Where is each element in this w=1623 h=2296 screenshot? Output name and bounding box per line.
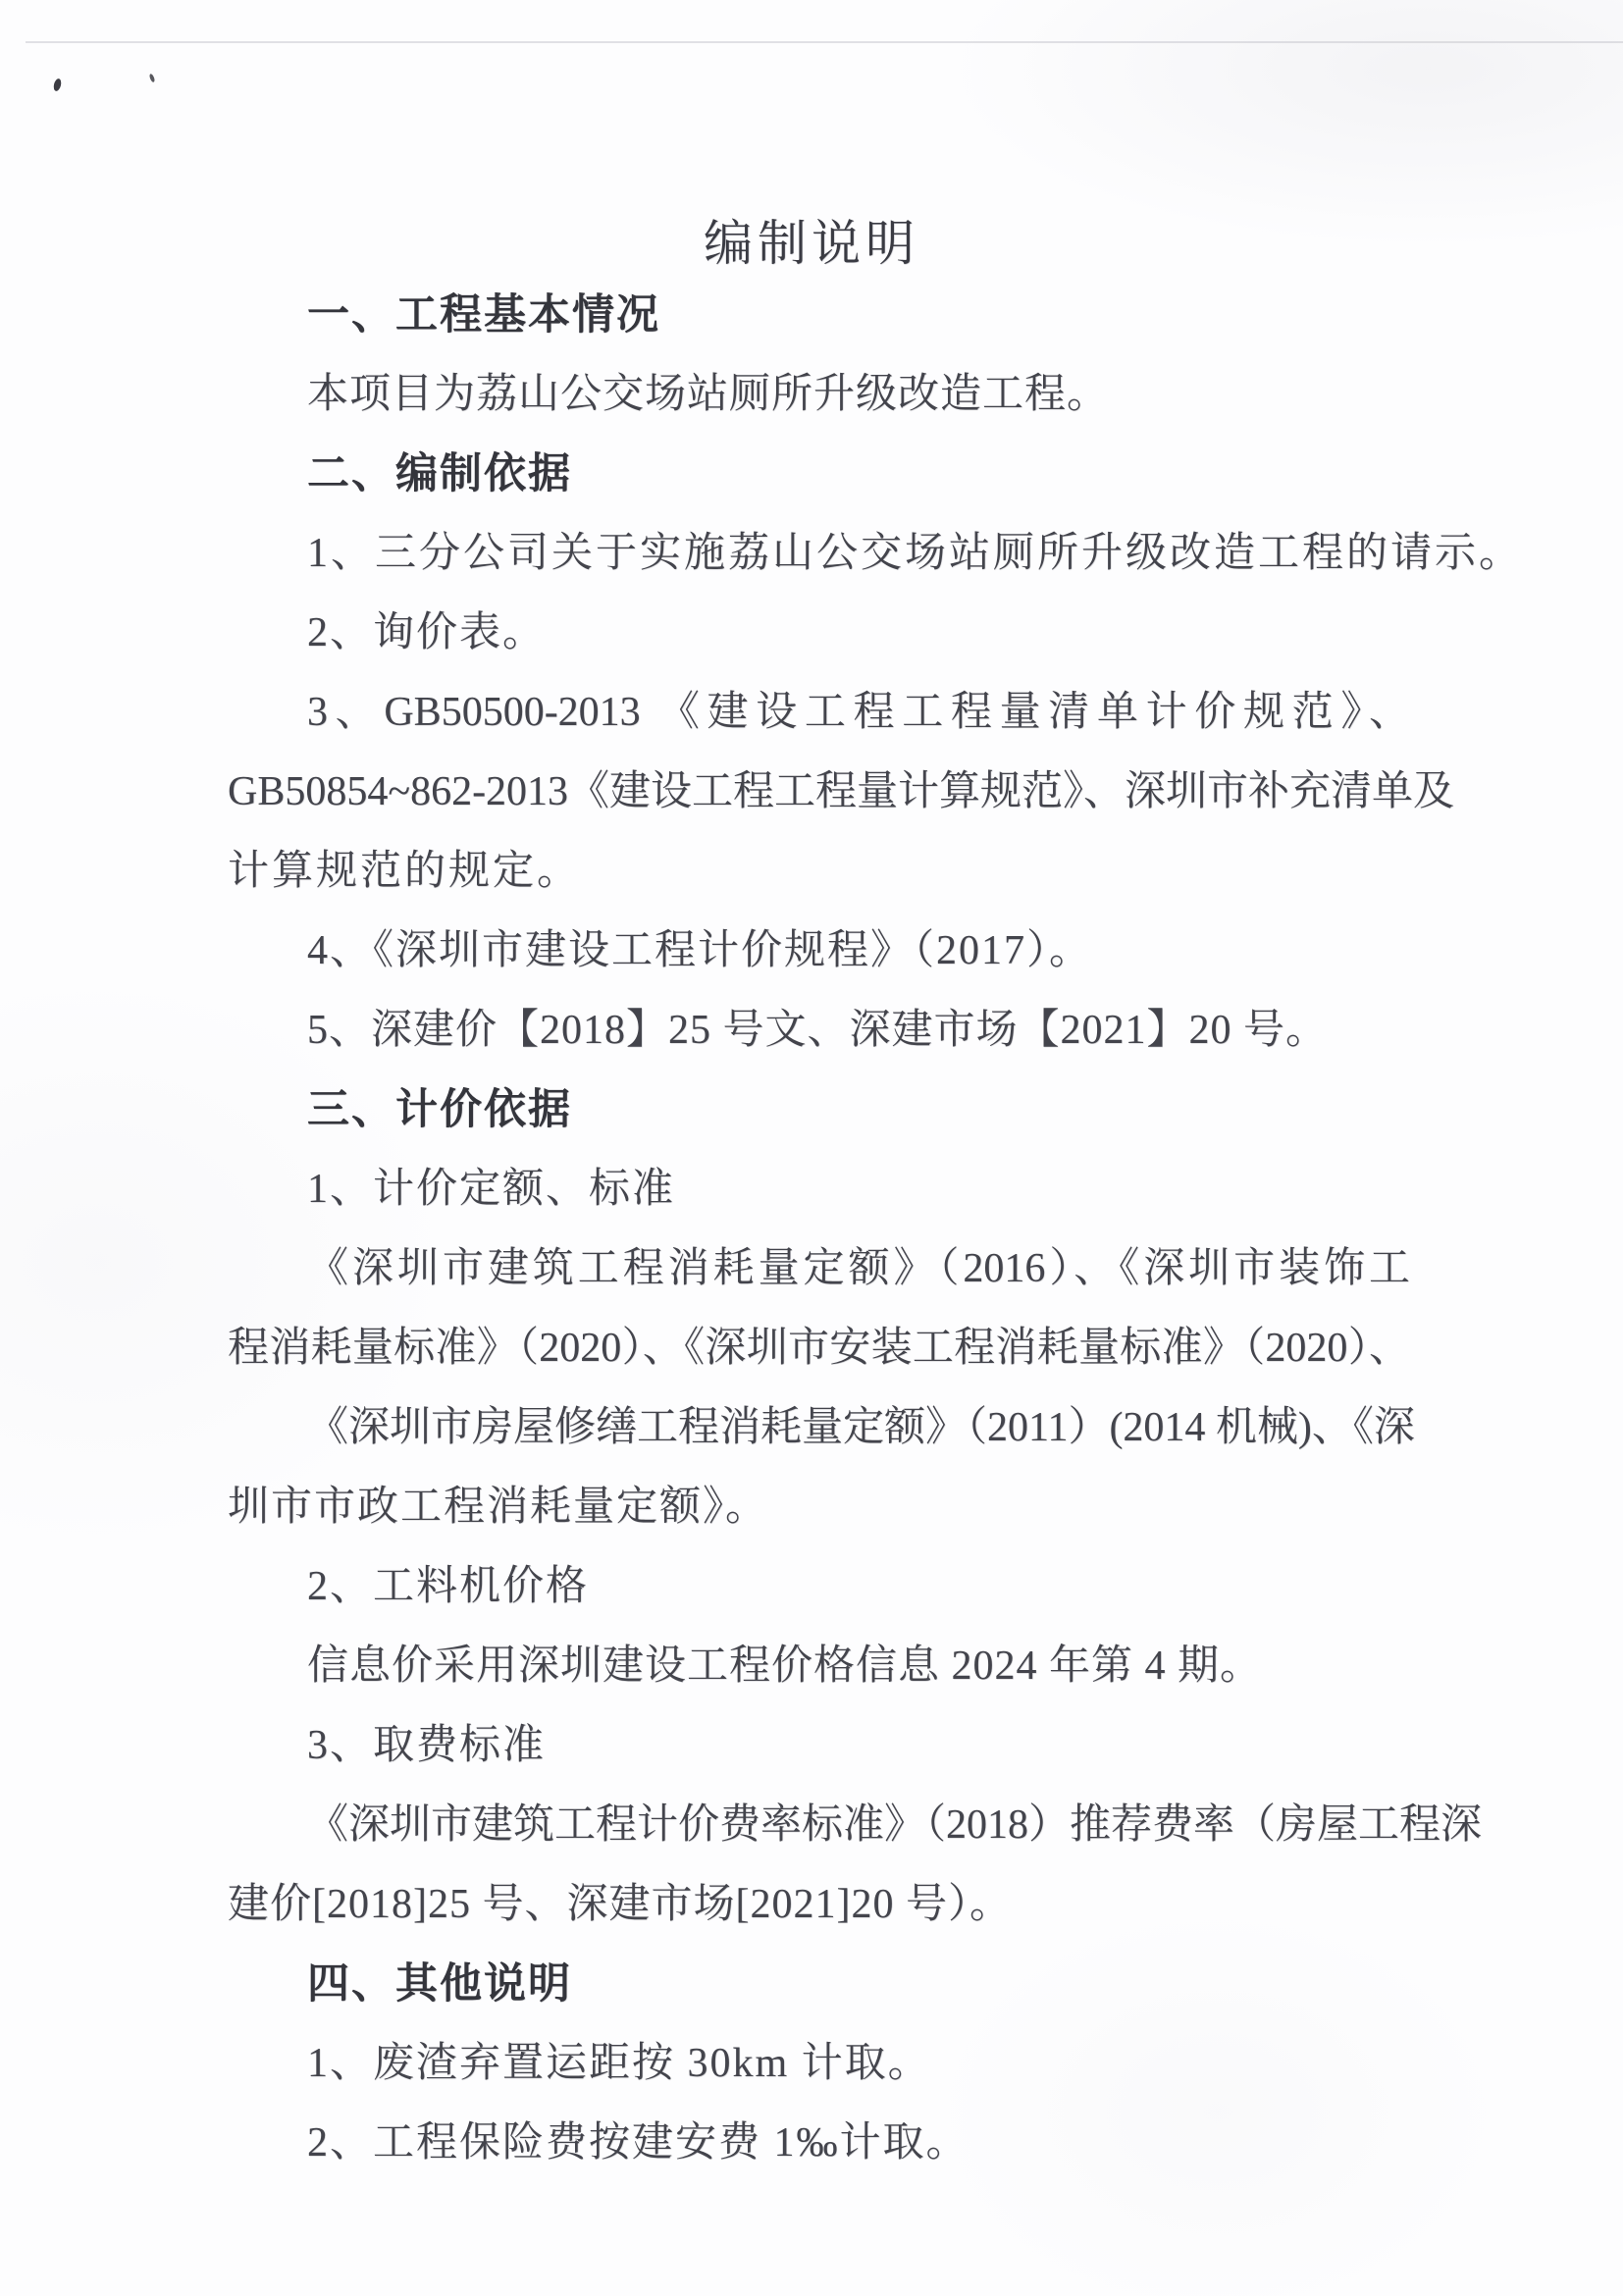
text-line: 《深圳市房屋修缮工程消耗量定额》（2011）(2014 机械)、《深: [228, 1388, 1410, 1468]
text-line: 1、废渣弃置运距按 30km 计取。: [228, 2024, 1410, 2104]
text-line: 建价[2018]25 号、深建市场[2021]20 号）。: [228, 1865, 1410, 1945]
text-line: 《深圳市建筑工程消耗量定额》（2016）、《深圳市装饰工: [228, 1229, 1410, 1309]
scanned-document-page: 编制说明 一、工程基本情况本项目为荔山公交场站厕所升级改造工程。二、编制依据1、…: [0, 0, 1623, 2296]
text-line: 4、《深圳市建设工程计价规程》（2017）。: [228, 912, 1410, 991]
text-line: 1、三分公司关于实施荔山公交场站厕所升级改造工程的请示。: [228, 514, 1410, 594]
text-line: 程消耗量标准》（2020）、《深圳市安装工程消耗量标准》（2020）、: [228, 1309, 1410, 1388]
document-body: 一、工程基本情况本项目为荔山公交场站厕所升级改造工程。二、编制依据1、三分公司关…: [228, 276, 1410, 2183]
section-heading: 一、工程基本情况: [228, 276, 1410, 355]
section-heading: 四、其他说明: [228, 1945, 1410, 2024]
text-line: 5、深建价【2018】25 号文、深建市场【2021】20 号。: [228, 991, 1410, 1070]
document-title: 编制说明: [0, 204, 1623, 275]
text-line: 《深圳市建筑工程计价费率标准》（2018）推荐费率（房屋工程深: [228, 1786, 1410, 1865]
scan-edge-rule: [26, 41, 1623, 43]
text-line: 3、GB50500-2013 《建设工程工程量清单计价规范》、: [228, 673, 1410, 753]
ink-speck: [148, 74, 155, 83]
text-line: 本项目为荔山公交场站厕所升级改造工程。: [228, 355, 1410, 435]
text-line: 2、询价表。: [228, 594, 1410, 673]
section-heading: 三、计价依据: [228, 1070, 1410, 1150]
text-line: GB50854~862-2013《建设工程工程量计算规范》、深圳市补充清单及: [228, 753, 1410, 832]
text-line: 1、计价定额、标准: [228, 1150, 1410, 1229]
text-line: 计算规范的规定。: [228, 832, 1410, 912]
text-line: 信息价采用深圳建设工程价格信息 2024 年第 4 期。: [228, 1627, 1410, 1706]
section-heading: 二、编制依据: [228, 435, 1410, 514]
text-line: 圳市市政工程消耗量定额》。: [228, 1468, 1410, 1547]
text-line: 3、取费标准: [228, 1706, 1410, 1786]
text-line: 2、工料机价格: [228, 1547, 1410, 1627]
ink-speck: [53, 78, 63, 91]
text-line: 2、工程保险费按建安费 1‰计取。: [228, 2104, 1410, 2183]
